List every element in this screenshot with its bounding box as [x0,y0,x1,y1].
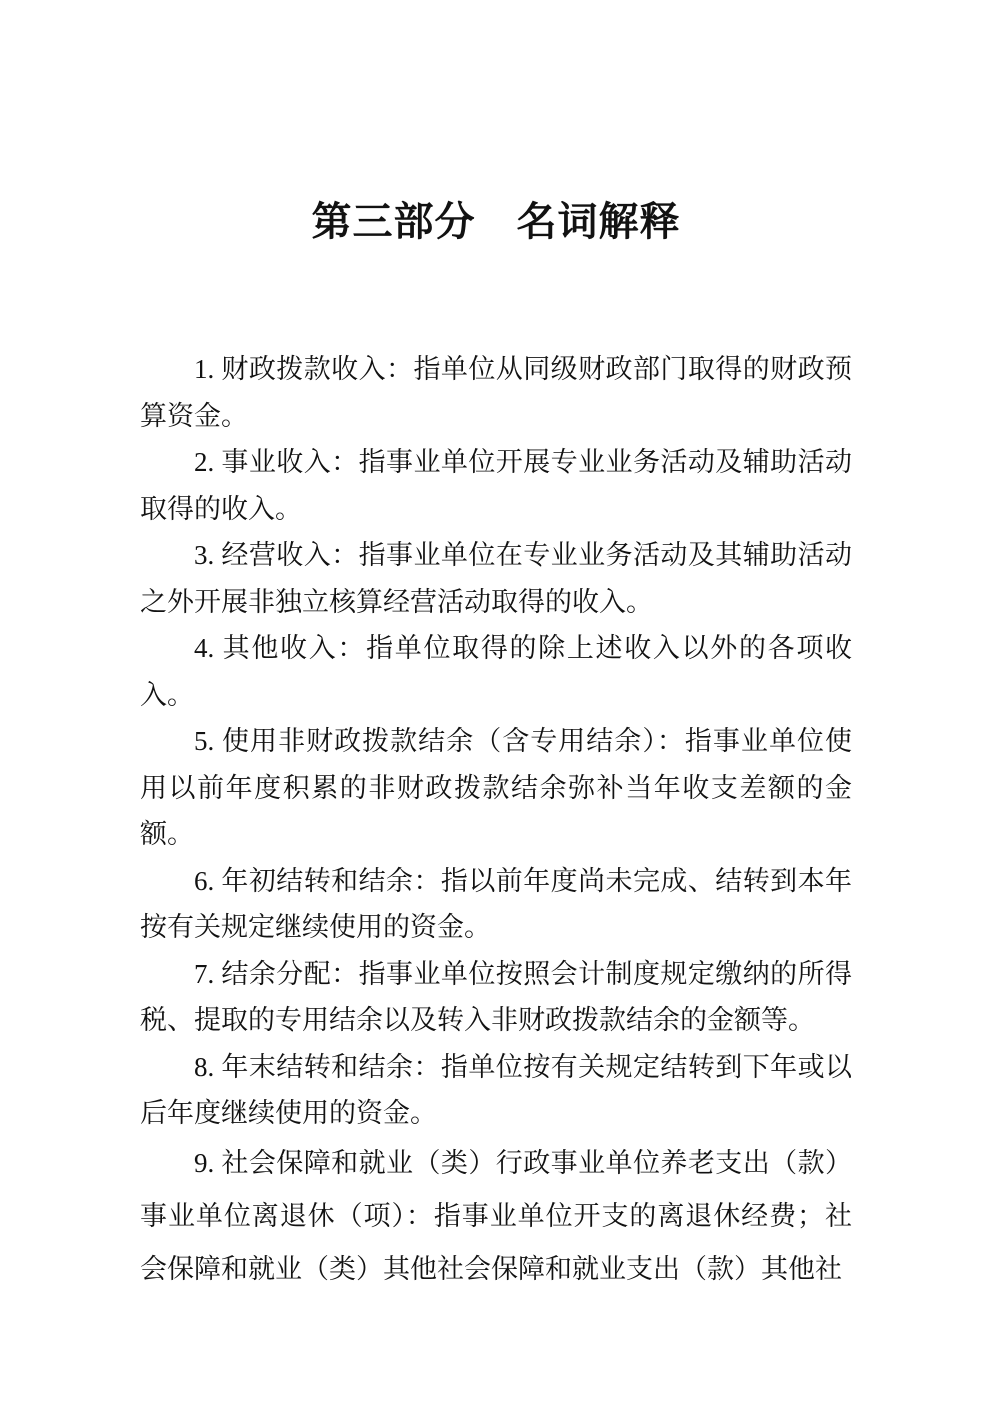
glossary-item-6: 6. 年初结转和结余：指以前年度尚未完成、结转到本年按有关规定继续使用的资金。 [140,858,852,951]
glossary-item-3: 3. 经营收入：指事业单位在专业业务活动及其辅助活动之外开展非独立核算经营活动取… [140,532,852,625]
glossary-list: 1. 财政拨款收入：指单位从同级财政部门取得的财政预算资金。 2. 事业收入：指… [140,346,852,1296]
glossary-item-4: 4. 其他收入：指单位取得的除上述收入以外的各项收入。 [140,625,852,718]
glossary-item-2: 2. 事业收入：指事业单位开展专业业务活动及辅助活动取得的收入。 [140,439,852,532]
glossary-item-1: 1. 财政拨款收入：指单位从同级财政部门取得的财政预算资金。 [140,346,852,439]
document-page: 第三部分 名词解释 1. 财政拨款收入：指单位从同级财政部门取得的财政预算资金。… [0,0,992,1403]
glossary-item-5: 5. 使用非财政拨款结余（含专用结余）：指事业单位使用以前年度积累的非财政拨款结… [140,718,852,858]
glossary-item-9: 9. 社会保障和就业（类）行政事业单位养老支出（款）事业单位离退休（项）：指事业… [140,1137,852,1296]
page-title: 第三部分 名词解释 [0,198,992,246]
glossary-item-8: 8. 年末结转和结余：指单位按有关规定结转到下年或以后年度继续使用的资金。 [140,1044,852,1137]
glossary-item-7: 7. 结余分配：指事业单位按照会计制度规定缴纳的所得税、提取的专用结余以及转入非… [140,951,852,1044]
